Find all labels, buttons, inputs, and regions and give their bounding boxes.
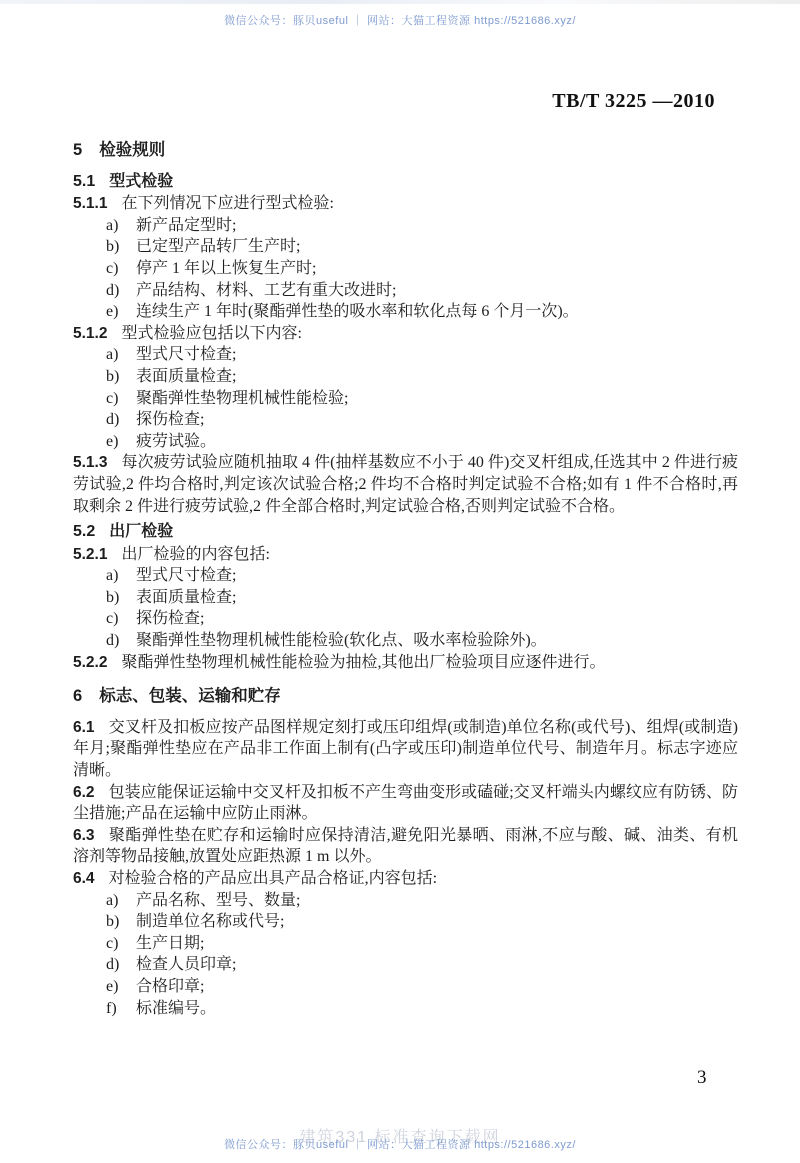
block-text: 合格印章; — [136, 978, 204, 995]
watermark-bottom-text: 微信公众号：豚贝useful ｜ 网站：大猫工程资源 https://52168… — [0, 1136, 800, 1152]
block-number: 6.1 — [73, 719, 95, 736]
clause-paragraph: 6.4对检验合格的产品应出具产品合格证,内容包括: — [73, 868, 738, 890]
list-item: a)型式尺寸检查; — [73, 344, 738, 366]
block-text: 疲劳试验。 — [136, 433, 216, 450]
block-number: c) — [106, 258, 136, 280]
block-text: 型式检验应包括以下内容: — [121, 325, 301, 342]
list-item: a)新产品定型时; — [73, 215, 738, 237]
block-text: 出厂检验 — [109, 523, 173, 540]
block-text: 聚酯弹性垫在贮存和运输时应保持清洁,避免阳光暴晒、雨淋,不应与酸、碱、油类、有机… — [73, 827, 738, 866]
block-text: 表面质量检查; — [136, 589, 236, 606]
block-text: 制造单位名称或代号; — [136, 913, 284, 930]
block-text: 停产 1 年以上恢复生产时; — [136, 260, 316, 277]
block-number: 5.1 — [73, 173, 95, 190]
block-number: 5.2.2 — [73, 654, 107, 671]
block-number: 6.2 — [73, 784, 95, 801]
document-page: 微信公众号：豚贝useful ｜ 网站：大猫工程资源 https://52168… — [0, 0, 800, 1163]
block-text: 产品名称、型号、数量; — [136, 892, 300, 909]
list-item: b)制造单位名称或代号; — [73, 911, 738, 933]
block-text: 包装应能保证运输中交叉杆及扣板不产生弯曲变形或磕碰;交叉杆端头内螺纹应有防锈、防… — [73, 784, 738, 823]
block-number: a) — [106, 890, 136, 912]
block-text: 探伤检查; — [136, 411, 204, 428]
list-item: c)停产 1 年以上恢复生产时; — [73, 258, 738, 280]
block-number: c) — [106, 933, 136, 955]
block-text: 新产品定型时; — [136, 217, 236, 234]
block-number: c) — [106, 388, 136, 410]
list-item: e)疲劳试验。 — [73, 431, 738, 453]
list-item: d)探伤检查; — [73, 409, 738, 431]
block-number: 5.2.1 — [73, 546, 107, 563]
block-number: e) — [106, 976, 136, 998]
block-text: 聚酯弹性垫物理机械性能检验为抽检,其他出厂检验项目应逐件进行。 — [121, 654, 605, 671]
block-number: b) — [106, 587, 136, 609]
block-text: 标志、包装、运输和贮存 — [99, 687, 281, 705]
list-item: a)产品名称、型号、数量; — [73, 890, 738, 912]
clause-paragraph: 5.2.1出厂检验的内容包括: — [73, 544, 738, 566]
section-heading: 5.2出厂检验 — [73, 521, 738, 543]
block-text: 聚酯弹性垫物理机械性能检验; — [136, 390, 348, 407]
block-number: 6 — [73, 687, 82, 705]
clause-paragraph: 6.3聚酯弹性垫在贮存和运输时应保持清洁,避免阳光暴晒、雨淋,不应与酸、碱、油类… — [73, 825, 738, 868]
doc-number: TB/T 3225 —2010 — [552, 90, 715, 113]
block-text: 检查人员印章; — [136, 956, 236, 973]
block-number: b) — [106, 366, 136, 388]
block-text: 型式检验 — [109, 173, 173, 190]
block-number: a) — [106, 344, 136, 366]
block-number: e) — [106, 301, 136, 323]
document-content: 5检验规则5.1型式检验5.1.1在下列情况下应进行型式检验:a)新产品定型时;… — [73, 140, 738, 1019]
list-item: b)已定型产品转厂生产时; — [73, 236, 738, 258]
list-item: c)聚酯弹性垫物理机械性能检验; — [73, 388, 738, 410]
list-item: e)连续生产 1 年时(聚酯弹性垫的吸水率和软化点每 6 个月一次)。 — [73, 301, 738, 323]
block-number: 5.1.2 — [73, 325, 107, 342]
list-item: c)生产日期; — [73, 933, 738, 955]
page-number: 3 — [697, 1067, 707, 1089]
clause-paragraph: 5.1.2型式检验应包括以下内容: — [73, 323, 738, 345]
block-number: 5 — [73, 141, 82, 159]
block-number: 6.4 — [73, 870, 95, 887]
chapter-heading: 6标志、包装、运输和贮存 — [73, 686, 738, 708]
watermark-top-text: 微信公众号：豚贝useful ｜ 网站：大猫工程资源 https://52168… — [0, 12, 800, 28]
block-number: d) — [106, 280, 136, 302]
block-text: 产品结构、材料、工艺有重大改进时; — [136, 282, 396, 299]
block-number: b) — [106, 911, 136, 933]
list-item: d)产品结构、材料、工艺有重大改进时; — [73, 280, 738, 302]
block-text: 生产日期; — [136, 935, 204, 952]
block-text: 交叉杆及扣板应按产品图样规定刻打或压印组焊(或制造)单位名称(或代号)、组焊(或… — [73, 719, 738, 779]
clause-paragraph: 6.2包装应能保证运输中交叉杆及扣板不产生弯曲变形或磕碰;交叉杆端头内螺纹应有防… — [73, 782, 738, 825]
block-text: 探伤检查; — [136, 610, 204, 627]
clause-paragraph: 5.1.3每次疲劳试验应随机抽取 4 件(抽样基数应不小于 40 件)交叉杆组成… — [73, 452, 738, 517]
list-item: e)合格印章; — [73, 976, 738, 998]
list-item: a)型式尺寸检查; — [73, 565, 738, 587]
block-number: d) — [106, 954, 136, 976]
clause-paragraph: 5.1.1在下列情况下应进行型式检验: — [73, 193, 738, 215]
block-number: a) — [106, 565, 136, 587]
block-text: 已定型产品转厂生产时; — [136, 238, 300, 255]
block-text: 在下列情况下应进行型式检验: — [121, 195, 333, 212]
list-item: c)探伤检查; — [73, 608, 738, 630]
scan-artifact-line — [0, 0, 800, 4]
block-text: 表面质量检查; — [136, 368, 236, 385]
block-text: 型式尺寸检查; — [136, 567, 236, 584]
block-text: 标准编号。 — [136, 1000, 216, 1017]
list-item: b)表面质量检查; — [73, 587, 738, 609]
clause-paragraph: 6.1交叉杆及扣板应按产品图样规定刻打或压印组焊(或制造)单位名称(或代号)、组… — [73, 717, 738, 782]
block-number: 5.1.1 — [73, 195, 107, 212]
block-number: e) — [106, 431, 136, 453]
block-number: 6.3 — [73, 827, 95, 844]
block-number: d) — [106, 630, 136, 652]
block-number: 5.1.3 — [73, 454, 107, 471]
block-text: 每次疲劳试验应随机抽取 4 件(抽样基数应不小于 40 件)交叉杆组成,任选其中… — [73, 454, 738, 514]
block-number: 5.2 — [73, 523, 95, 540]
block-text: 型式尺寸检查; — [136, 346, 236, 363]
list-item: f)标准编号。 — [73, 998, 738, 1020]
block-number: d) — [106, 409, 136, 431]
block-text: 连续生产 1 年时(聚酯弹性垫的吸水率和软化点每 6 个月一次)。 — [136, 303, 579, 320]
block-text: 对检验合格的产品应出具产品合格证,内容包括: — [109, 870, 437, 887]
section-heading: 5.1型式检验 — [73, 171, 738, 193]
block-text: 检验规则 — [99, 141, 165, 159]
list-item: d)检查人员印章; — [73, 954, 738, 976]
list-item: b)表面质量检查; — [73, 366, 738, 388]
block-number: b) — [106, 236, 136, 258]
block-number: f) — [106, 998, 136, 1020]
block-text: 聚酯弹性垫物理机械性能检验(软化点、吸水率检验除外)。 — [136, 632, 547, 649]
chapter-heading: 5检验规则 — [73, 140, 738, 162]
block-number: c) — [106, 608, 136, 630]
block-text: 出厂检验的内容包括: — [121, 546, 269, 563]
clause-paragraph: 5.2.2聚酯弹性垫物理机械性能检验为抽检,其他出厂检验项目应逐件进行。 — [73, 652, 738, 674]
list-item: d)聚酯弹性垫物理机械性能检验(软化点、吸水率检验除外)。 — [73, 630, 738, 652]
block-number: a) — [106, 215, 136, 237]
